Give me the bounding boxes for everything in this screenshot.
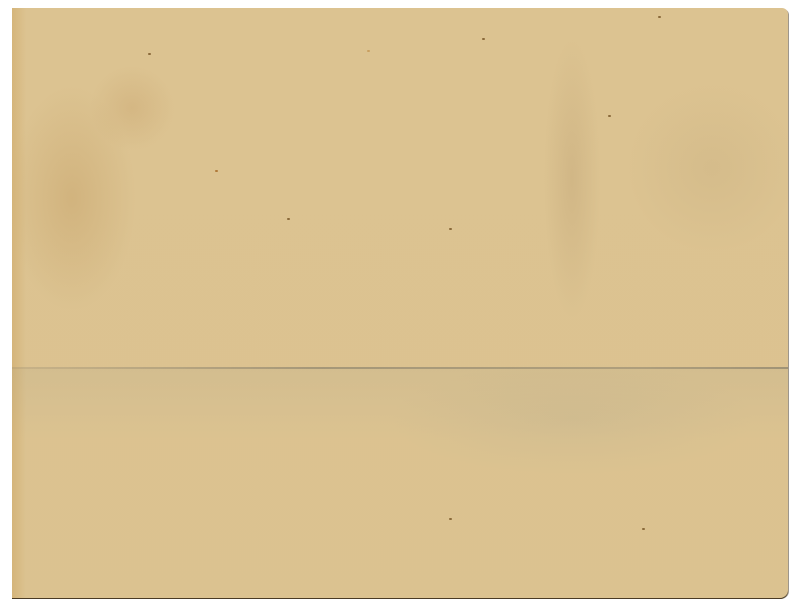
- paper-speck: [215, 170, 218, 172]
- aged-paper-card: [12, 8, 788, 598]
- paper-speck: [449, 228, 452, 230]
- paper-speck: [148, 53, 151, 55]
- paper-speck: [367, 50, 370, 52]
- fold-line: [12, 367, 788, 369]
- paper-speck: [449, 518, 452, 520]
- fold-shadow: [12, 369, 788, 439]
- paper-speck: [642, 528, 645, 530]
- paper-speck: [287, 218, 290, 220]
- paper-speck: [482, 38, 485, 40]
- paper-stains: [12, 8, 788, 598]
- paper-speck: [608, 115, 611, 117]
- paper-speck: [658, 16, 661, 18]
